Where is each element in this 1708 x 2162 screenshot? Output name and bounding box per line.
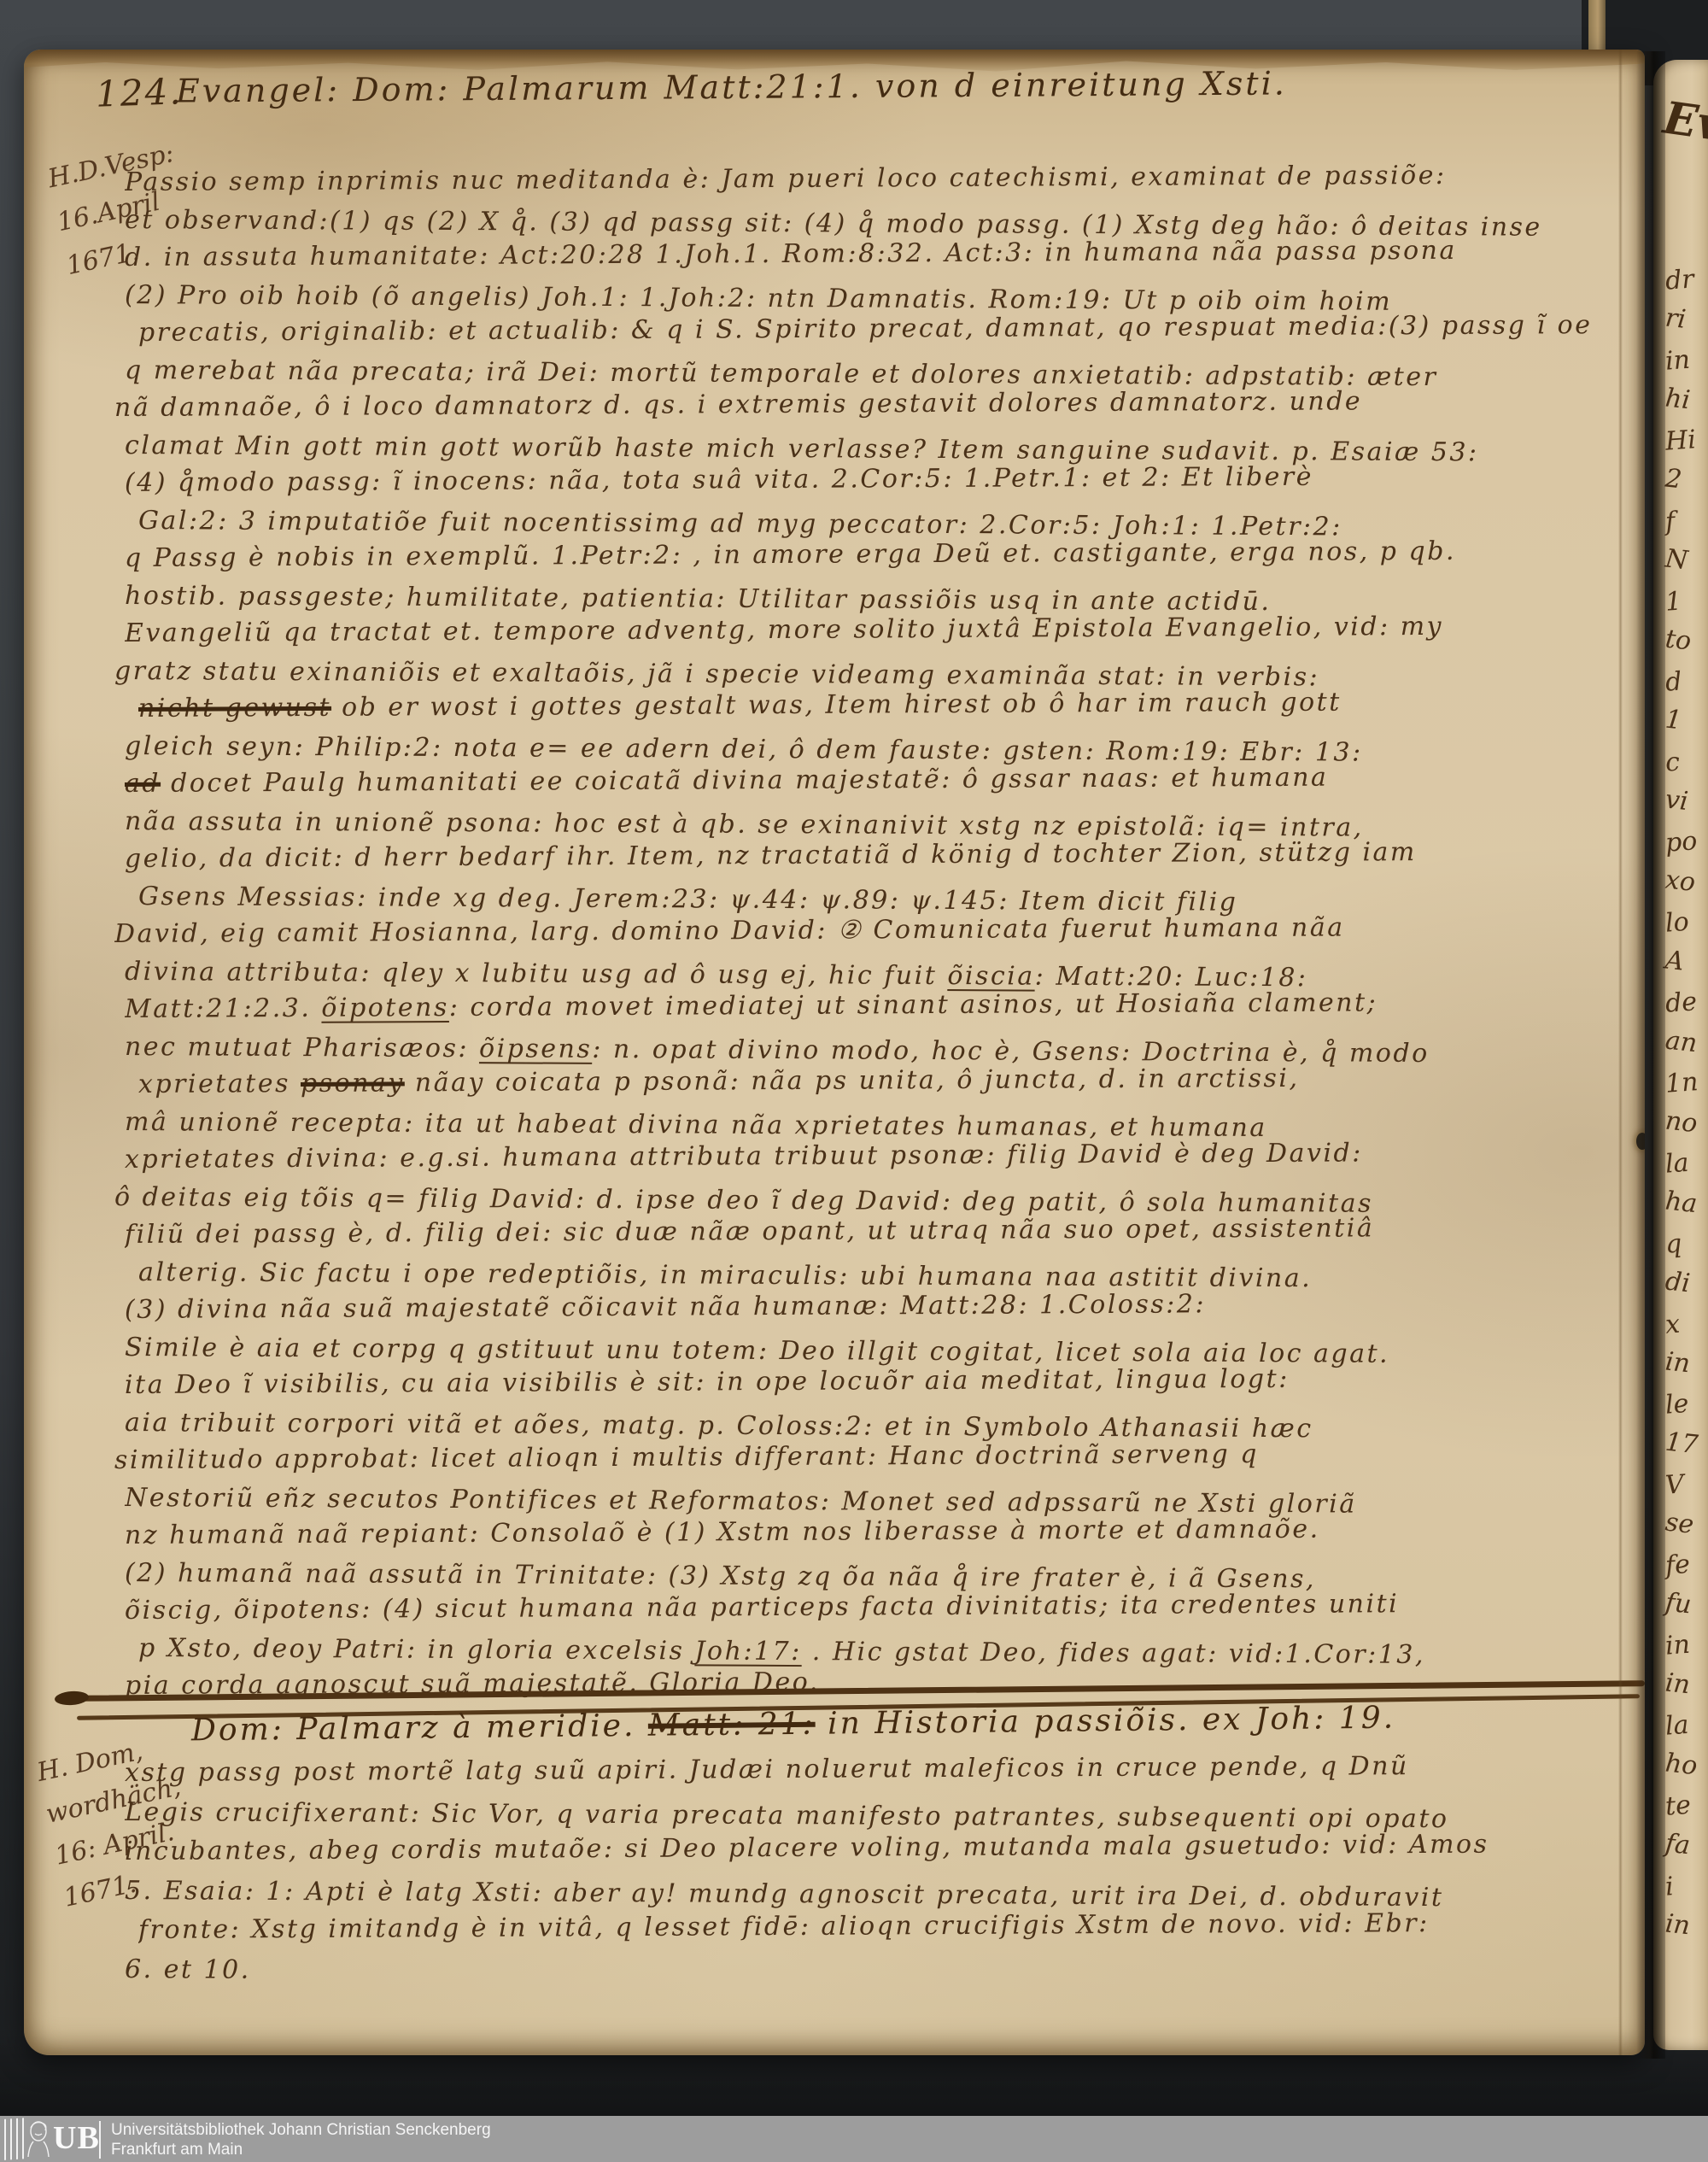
manuscript-line: David, eig camit Hosianna, larg. domino … [114, 911, 1635, 949]
facing-page-text-fragment: f [1664, 504, 1708, 536]
manuscript-line: (4) q̊modo passg: ĩ inocens: nãa, tota s… [125, 460, 1645, 498]
ink-blob [54, 1690, 89, 1707]
ub-logo-text: UB [53, 2119, 100, 2157]
facing-page-text-fragment: te [1664, 1789, 1708, 1821]
facing-page-text-fragment: in [1664, 1908, 1708, 1942]
facing-page-text-fragment: Hi [1664, 424, 1708, 456]
facing-page-text-fragment: xo [1664, 864, 1708, 899]
library-city: Frankfurt am Main [111, 2141, 243, 2159]
manuscript-line: filiũ dei passg è, d. filig dei: sic duæ… [125, 1212, 1645, 1250]
facing-page-text-fragment: de [1664, 986, 1708, 1018]
facing-page-text-fragment: 1 [1664, 584, 1708, 617]
manuscript-line: nicht gewust ob er wost i gottes gestalt… [138, 686, 1645, 724]
manuscript-line: gelio, da dicit: d herr bedarf ihr. Item… [125, 836, 1645, 874]
library-banner: UB Universitätsbibliothek Johann Christi… [0, 2116, 1708, 2162]
manuscript-line: xstg passg post mortẽ latg suũ apiri. Ju… [125, 1750, 1645, 1788]
manuscript-line: xprietates divina: e.g.si. humana attrib… [125, 1137, 1645, 1175]
book-spines-icon [4, 2118, 26, 2160]
facing-page-text-fragment: 1 [1664, 704, 1708, 738]
facing-page-text-fragment: in [1664, 1628, 1708, 1661]
logo-divider [99, 2121, 101, 2159]
facing-page-text-fragment: ho [1664, 1748, 1708, 1782]
manuscript-line: xprietates psonay nãay coicata p psonã: … [138, 1062, 1645, 1099]
ub-logo: UB [0, 2116, 102, 2162]
manuscript-line: nz humanã naã repiant: Consolaõ è (1) Xs… [125, 1513, 1645, 1550]
facing-page-text-fragment: ri [1664, 302, 1708, 337]
manuscript-line: nã damnaõe, ô i loco damnatorz d. qs. i … [114, 385, 1635, 423]
facing-page-text-fragment: di [1664, 1266, 1708, 1300]
facing-page-text-fragment: an [1664, 1025, 1708, 1059]
facing-page-text-fragment: po [1664, 825, 1708, 858]
manuscript-line: 6. et 10. [125, 1954, 1645, 1992]
manuscript-line: ita Deo ĩ visibilis, cu aia visibilis è … [125, 1362, 1645, 1400]
facing-page-text-fragment: le [1664, 1387, 1708, 1420]
facing-page-text-fragment: d [1664, 665, 1708, 697]
facing-page-text-fragment: la [1664, 1708, 1708, 1741]
facing-page-text-fragment: vi [1664, 784, 1708, 818]
manuscript-line: d. in assuta humanitate: Act:20:28 1.Joh… [125, 235, 1645, 272]
facing-page-text-fragment: N [1664, 543, 1708, 577]
facing-page-text-fragment: c [1664, 745, 1708, 777]
facing-page-text-fragment: x [1664, 1307, 1708, 1339]
manuscript-line: (3) divina nãa suã majestatẽ cõicavit nã… [125, 1287, 1645, 1325]
facing-page-text-fragment: in [1664, 1346, 1708, 1380]
facing-page-text-fragment: A [1664, 945, 1708, 979]
facing-page-text-fragment: in [1664, 343, 1708, 376]
facing-page-text-fragment: ha [1664, 1186, 1708, 1220]
section2-heading: Dom: Palmarz à meridie. Matt: 21: in His… [191, 1701, 1395, 1749]
manuscript-page: 124. Evangel: Dom: Palmarum Matt:21:1. v… [24, 50, 1645, 2055]
manuscript-line: Matt:21:2.3. õipotens: corda movet imedi… [125, 987, 1645, 1024]
manuscript-line: ad docet Paulg humanitati ee coicatã div… [125, 761, 1645, 799]
book-gutter-shadow [1636, 51, 1665, 2059]
facing-page-text-fragment: i [1664, 1869, 1708, 1901]
facing-page-text-fragment: hi [1664, 383, 1708, 417]
facing-page-text-fragment: 1n [1664, 1066, 1708, 1099]
facing-page-text-fragment: 2 [1664, 463, 1708, 497]
facing-page-text-fragment: la [1664, 1146, 1708, 1179]
page-number: 124. [95, 70, 183, 115]
facing-page-text-fragment: dr [1664, 263, 1708, 296]
senckenberg-portrait-icon [26, 2119, 51, 2159]
manuscript-line: Evangeliũ qa tractat et. tempore adventg… [125, 611, 1645, 648]
page-heading: Evangel: Dom: Palmarum Matt:21:1. von d … [176, 64, 1287, 109]
facing-page-text-fragment: V [1664, 1468, 1708, 1500]
facing-page-text-fragment: q [1664, 1227, 1708, 1259]
facing-page-text-fragment: fe [1664, 1548, 1708, 1580]
facing-page-text-fragment: in [1664, 1667, 1708, 1702]
manuscript-line: q Passg è nobis in exemplũ. 1.Petr:2: , … [125, 536, 1645, 573]
facing-page-text-fragment: to [1664, 624, 1708, 658]
facing-page-heading-fragment: Ev [1660, 91, 1708, 151]
manuscript-line: incubantes, abeg cordis mutaõe: si Deo p… [125, 1829, 1645, 1866]
manuscript-line: similitudo approbat: licet alioqn i mult… [114, 1438, 1635, 1475]
facing-page-text-fragment: se [1664, 1507, 1708, 1541]
library-name: Universitätsbibliothek Johann Christian … [111, 2121, 491, 2140]
facing-page-text-fragment: fa [1664, 1828, 1708, 1862]
manuscript-line: õiscig, õipotens: (4) sicut humana nãa p… [125, 1588, 1645, 1626]
manuscript-line: fronte: Xstg imitandg è in vitâ, q lesse… [138, 1907, 1645, 1945]
facing-page-text-fragment: 17 [1664, 1427, 1708, 1461]
facing-page-text-fragment: no [1664, 1105, 1708, 1140]
facing-page-text-fragment: fu [1664, 1587, 1708, 1621]
manuscript-line: Passio semp inprimis nuc meditanda è: Ja… [125, 160, 1645, 197]
manuscript-line: precatis, originalib: et actualib: & q i… [138, 310, 1645, 348]
facing-page-text-fragment: lo [1664, 905, 1708, 938]
